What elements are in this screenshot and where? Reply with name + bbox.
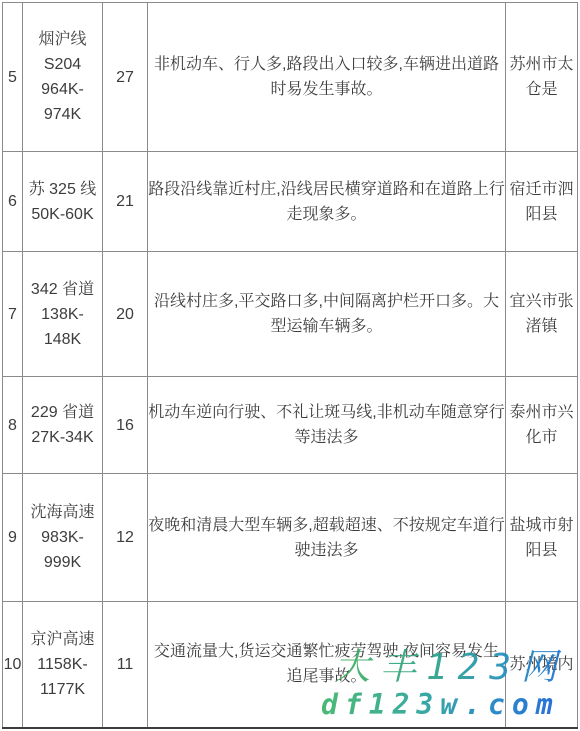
page: 5 烟沪线 S204 964K- 974K 27 非机动车、行人多,路段出入口较… [0,0,580,731]
location: 苏州境内 [506,602,578,728]
road-section: 229 省道 27K-34K [23,377,103,474]
row-number: 10 [3,602,23,728]
location: 盐城市射阳县 [506,474,578,602]
row-number: 9 [3,474,23,602]
accident-count: 12 [103,474,148,602]
location: 苏州市太仓是 [506,3,578,152]
table-row: 5 烟沪线 S204 964K- 974K 27 非机动车、行人多,路段出入口较… [3,3,578,152]
table-row: 8 229 省道 27K-34K 16 机动车逆向行驶、不礼让斑马线,非机动车随… [3,377,578,474]
hazard-description: 非机动车、行人多,路段出入口较多,车辆进出道路时易发生事故。 [148,3,506,152]
location: 宿迁市泗阳县 [506,152,578,252]
road-section: 沈海高速 983K- 999K [23,474,103,602]
table-row: 7 342 省道 138K- 148K 20 沿线村庄多,平交路口多,中间隔离护… [3,252,578,377]
row-number: 6 [3,152,23,252]
table-row: 10 京沪高速 1158K- 1177K 11 交通流量大,货运交通繁忙疲劳驾驶… [3,602,578,728]
road-section: 烟沪线 S204 964K- 974K [23,3,103,152]
location: 宜兴市张渚镇 [506,252,578,377]
row-number: 5 [3,3,23,152]
hazard-description: 机动车逆向行驶、不礼让斑马线,非机动车随意穿行等违法多 [148,377,506,474]
hazard-description: 路段沿线靠近村庄,沿线居民横穿道路和在道路上行走现象多。 [148,152,506,252]
table-row: 6 苏 325 线 50K-60K 21 路段沿线靠近村庄,沿线居民横穿道路和在… [3,152,578,252]
table-row: 9 沈海高速 983K- 999K 12 夜晚和清晨大型车辆多,超载超速、不按规… [3,474,578,602]
road-section: 苏 325 线 50K-60K [23,152,103,252]
accident-count: 11 [103,602,148,728]
row-number: 7 [3,252,23,377]
accident-road-table: 5 烟沪线 S204 964K- 974K 27 非机动车、行人多,路段出入口较… [2,2,578,729]
hazard-description: 沿线村庄多,平交路口多,中间隔离护栏开口多。大型运输车辆多。 [148,252,506,377]
accident-count: 21 [103,152,148,252]
location: 泰州市兴化市 [506,377,578,474]
road-section: 342 省道 138K- 148K [23,252,103,377]
accident-count: 16 [103,377,148,474]
hazard-description: 交通流量大,货运交通繁忙疲劳驾驶,夜间容易发生追尾事故。 [148,602,506,728]
accident-count: 27 [103,3,148,152]
hazard-description: 夜晚和清晨大型车辆多,超载超速、不按规定车道行驶违法多 [148,474,506,602]
accident-count: 20 [103,252,148,377]
road-section: 京沪高速 1158K- 1177K [23,602,103,728]
row-number: 8 [3,377,23,474]
